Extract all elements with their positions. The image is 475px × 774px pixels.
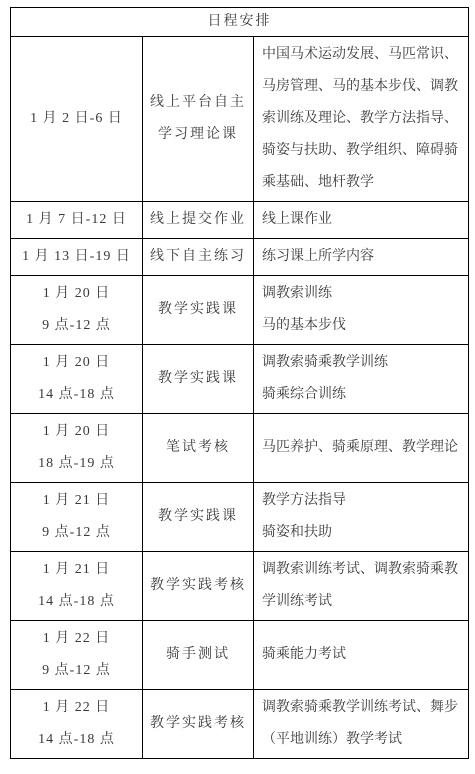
- activity-cell: 线下自主练习: [143, 239, 254, 276]
- activity-cell: 教学实践课: [143, 345, 254, 414]
- schedule-table-body: 1 月 2 日-6 日 线上平台自主 学习理论课 中国马术运动发展、马匹常识、马…: [11, 37, 469, 759]
- date-cell: 1 月 21 日 14 点-18 点: [11, 552, 143, 621]
- date-cell: 1 月 20 日 18 点-19 点: [11, 414, 143, 483]
- activity-cell: 教学实践考核: [143, 552, 254, 621]
- activity-cell: 线上提交作业: [143, 202, 254, 239]
- content-cell: 马匹养护、骑乘原理、教学理论: [254, 414, 469, 483]
- content-cell: 中国马术运动发展、马匹常识、马房管理、马的基本步伐、调教索训练及理论、教学方法指…: [254, 37, 469, 202]
- date-cell: 1 月 20 日 14 点-18 点: [11, 345, 143, 414]
- table-row: 1 月 2 日-6 日 线上平台自主 学习理论课 中国马术运动发展、马匹常识、马…: [11, 37, 469, 202]
- table-title-row: 日程安排: [11, 8, 469, 37]
- date-cell: 1 月 22 日 9 点-12 点: [11, 621, 143, 690]
- document-page: 日程安排 1 月 2 日-6 日 线上平台自主 学习理论课 中国马术运动发展、马…: [0, 0, 475, 774]
- table-row: 1 月 22 日 14 点-18 点 教学实践考核 调教索骑乘教学训练考试、舞步…: [11, 690, 469, 759]
- table-row: 1 月 20 日 14 点-18 点 教学实践课 调教索骑乘教学训练 骑乘综合训…: [11, 345, 469, 414]
- table-row: 1 月 7 日-12 日 线上提交作业 线上课作业: [11, 202, 469, 239]
- table-title: 日程安排: [11, 8, 469, 37]
- content-cell: 调教索骑乘教学训练 骑乘综合训练: [254, 345, 469, 414]
- activity-cell: 笔试考核: [143, 414, 254, 483]
- activity-cell: 教学实践课: [143, 483, 254, 552]
- content-cell: 线上课作业: [254, 202, 469, 239]
- date-cell: 1 月 13 日-19 日: [11, 239, 143, 276]
- table-row: 1 月 13 日-19 日 线下自主练习 练习课上所学内容: [11, 239, 469, 276]
- table-row: 1 月 21 日 14 点-18 点 教学实践考核 调教索训练考试、调教索骑乘教…: [11, 552, 469, 621]
- content-cell: 骑乘能力考试: [254, 621, 469, 690]
- table-row: 1 月 22 日 9 点-12 点 骑手测试 骑乘能力考试: [11, 621, 469, 690]
- content-cell: 调教索训练考试、调教索骑乘教学训练考试: [254, 552, 469, 621]
- date-cell: 1 月 21 日 9 点-12 点: [11, 483, 143, 552]
- activity-cell: 教学实践课: [143, 276, 254, 345]
- activity-cell: 骑手测试: [143, 621, 254, 690]
- schedule-table: 日程安排 1 月 2 日-6 日 线上平台自主 学习理论课 中国马术运动发展、马…: [10, 7, 469, 759]
- date-cell: 1 月 2 日-6 日: [11, 37, 143, 202]
- date-cell: 1 月 7 日-12 日: [11, 202, 143, 239]
- table-row: 1 月 21 日 9 点-12 点 教学实践课 教学方法指导 骑姿和扶助: [11, 483, 469, 552]
- date-cell: 1 月 20 日 9 点-12 点: [11, 276, 143, 345]
- content-cell: 调教索训练 马的基本步伐: [254, 276, 469, 345]
- content-cell: 调教索骑乘教学训练考试、舞步（平地训练）教学考试: [254, 690, 469, 759]
- table-row: 1 月 20 日 9 点-12 点 教学实践课 调教索训练 马的基本步伐: [11, 276, 469, 345]
- table-row: 1 月 20 日 18 点-19 点 笔试考核 马匹养护、骑乘原理、教学理论: [11, 414, 469, 483]
- activity-cell: 线上平台自主 学习理论课: [143, 37, 254, 202]
- activity-cell: 教学实践考核: [143, 690, 254, 759]
- content-cell: 练习课上所学内容: [254, 239, 469, 276]
- date-cell: 1 月 22 日 14 点-18 点: [11, 690, 143, 759]
- content-cell: 教学方法指导 骑姿和扶助: [254, 483, 469, 552]
